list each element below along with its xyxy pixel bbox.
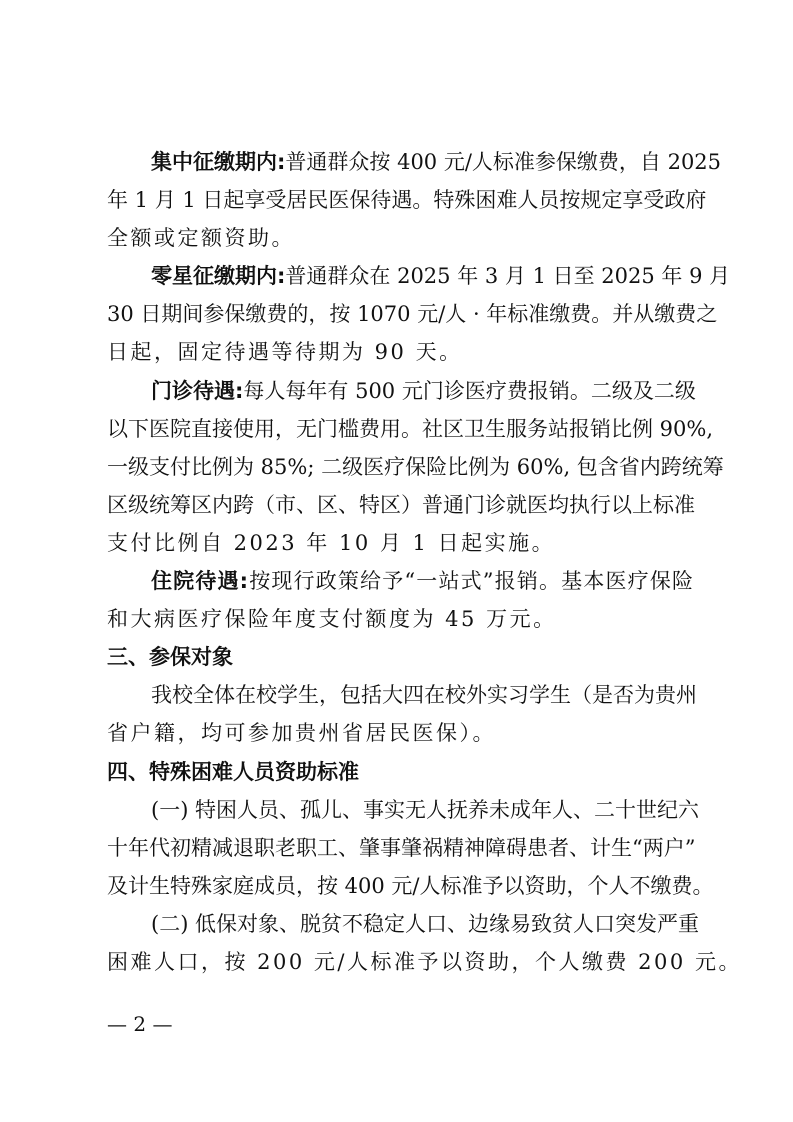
paragraph-sporadic-collection-line-1: 零星征缴期内:普通群众在 2025 年 3 月 1 日至 2025 年 9 月 xyxy=(107,257,693,295)
paragraph-line: 支付比例自 2023 年 10 月 1 日起实施。 xyxy=(107,524,693,562)
list-item-1-line: (一) 特困人员、孤儿、事实无人抚养未成年人、二十世纪六 xyxy=(107,791,693,829)
paragraph-line: 和大病医疗保险年度支付额度为 45 万元。 xyxy=(107,600,693,638)
lead-label: 门诊待遇: xyxy=(151,379,243,403)
paragraph-line: 省户籍，均可参加贵州省居民医保）。 xyxy=(107,714,693,752)
list-item-1-line: 及计生特殊家庭成员，按 400 元/人标准予以资助，个人不缴费。 xyxy=(107,867,693,905)
document-page: 集中征缴期内:普通群众按 400 元/人标准参保缴费，自 2025 年 1 月 … xyxy=(0,0,793,1122)
lead-label: 集中征缴期内: xyxy=(151,150,285,174)
list-item-2-line: (二) 低保对象、脱贫不稳定人口、边缘易致贫人口突发严重 xyxy=(107,905,693,943)
paragraph-line: 一级支付比例为 85%; 二级医疗保险比例为 60%, 包含省内跨统筹 xyxy=(107,448,693,486)
paragraph-line: 以下医院直接使用，无门槛费用。社区卫生服务站报销比例 90%, xyxy=(107,410,693,448)
section-heading-subsidy-standards: 四、特殊困难人员资助标准 xyxy=(107,753,693,791)
list-item-2-line: 困难人口，按 200 元/人标准予以资助，个人缴费 200 元。 xyxy=(107,943,693,981)
section-heading-enrollment-targets: 三、参保对象 xyxy=(107,638,693,676)
lead-label: 住院待遇: xyxy=(151,569,248,593)
paragraph-line: 我校全体在校学生，包括大四在校外实习学生（是否为贵州 xyxy=(107,676,693,714)
paragraph-line: 全额或定额资助。 xyxy=(107,219,693,257)
lead-label: 零星征缴期内: xyxy=(151,264,285,288)
paragraph-centralized-collection-line-1: 集中征缴期内:普通群众按 400 元/人标准参保缴费，自 2025 xyxy=(107,143,693,181)
paragraph-line: 年 1 月 1 日起享受居民医保待遇。特殊困难人员按规定享受政府 xyxy=(107,181,693,219)
paragraph-inpatient-line-1: 住院待遇:按现行政策给予“一站式”报销。基本医疗保险 xyxy=(107,562,693,600)
page-number: — 2 — xyxy=(107,1012,172,1036)
paragraph-outpatient-line-1: 门诊待遇:每人每年有 500 元门诊医疗费报销。二级及二级 xyxy=(107,372,693,410)
body-text: 集中征缴期内:普通群众按 400 元/人标准参保缴费，自 2025 年 1 月 … xyxy=(107,143,693,981)
paragraph-line: 30 日期间参保缴费的，按 1070 元/人 · 年标准缴费。并从缴费之 xyxy=(107,295,693,333)
paragraph-line: 日起，固定待遇等待期为 90 天。 xyxy=(107,333,693,371)
list-item-1-line: 十年代初精减退职老职工、肇事肇祸精神障碍患者、计生“两户” xyxy=(107,829,693,867)
paragraph-line: 区级统筹区内跨（市、区、特区）普通门诊就医均执行以上标准 xyxy=(107,486,693,524)
